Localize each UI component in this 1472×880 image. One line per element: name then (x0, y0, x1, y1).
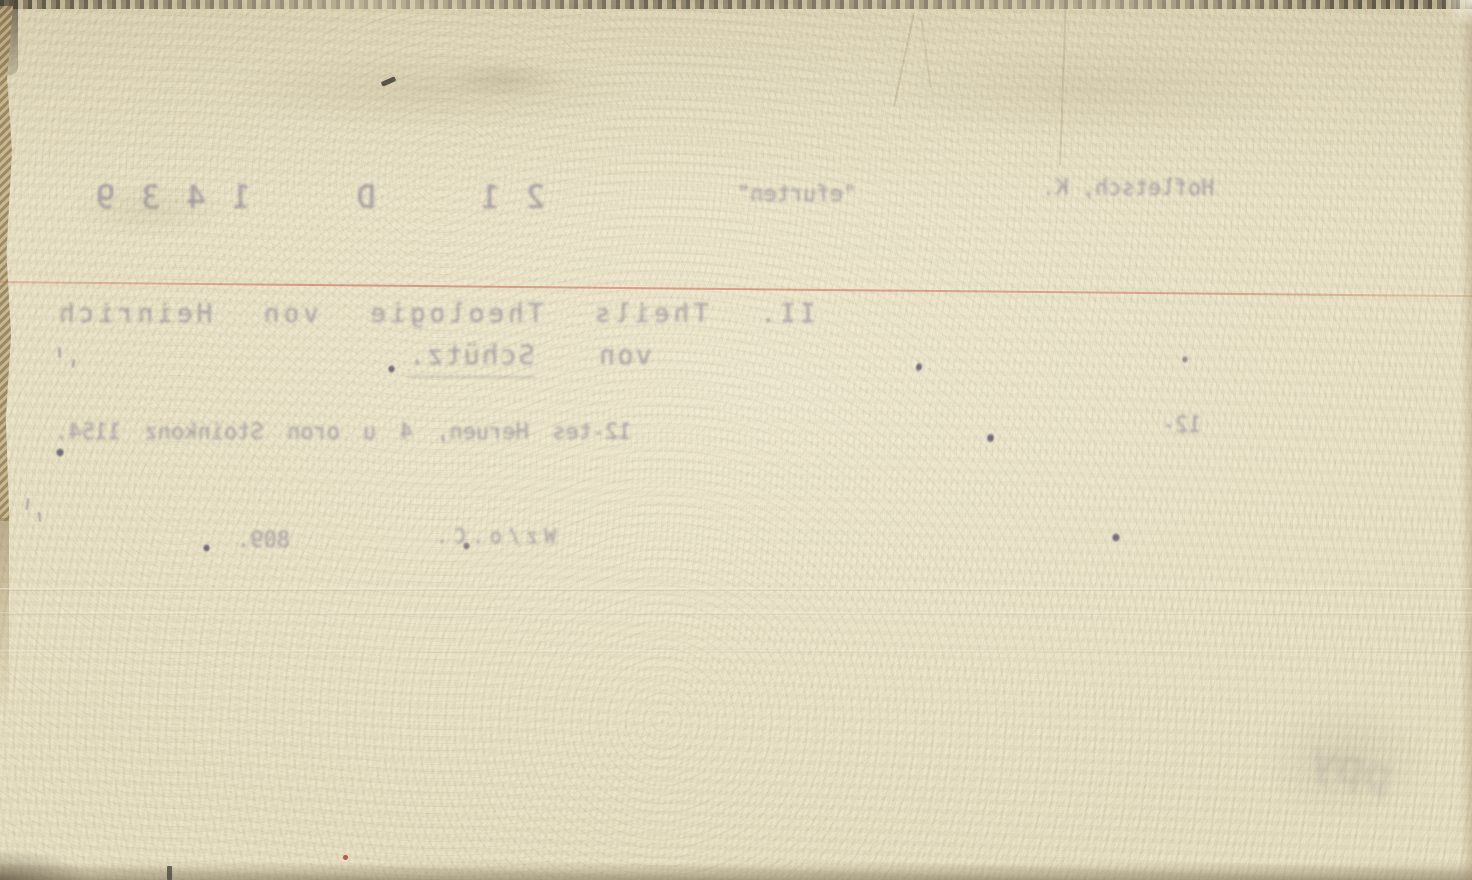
ink-dot (463, 542, 470, 550)
ink-dot (203, 544, 210, 552)
red-ink-speck (343, 855, 348, 860)
cloth-binding-edge-fade (0, 518, 9, 718)
bleed-line-5-left: 809. (237, 528, 290, 553)
red-ruled-line (0, 281, 1472, 297)
top-right-corner-highlight (1436, 0, 1472, 32)
bleed-heading-title: "efurten" (737, 182, 856, 207)
stray-ink-tick (37, 512, 41, 522)
ink-dot (986, 432, 995, 443)
bottom-edge-shadow (0, 862, 1472, 880)
cloth-binding-edge (0, 6, 13, 521)
bleed-line-2: II. Theils Theologie von Heinrich (55, 299, 816, 329)
bleed-line-4: 12-tes Heruen, 4 u oron Stoinkonz 1154. (55, 420, 632, 445)
stray-ink-tick (25, 498, 30, 510)
ink-dot (56, 448, 64, 457)
ink-dot (1112, 533, 1120, 542)
ink-dot (915, 361, 923, 372)
ink-dot (388, 365, 395, 373)
bleed-line-5-right: Wz/o.C. (430, 524, 556, 548)
stray-ink-tick (58, 347, 61, 358)
bleed-line-3-underlined-word: Schütz. (407, 340, 535, 378)
scanner-top-edge (0, 0, 1472, 9)
bleed-heading-name: Hofletsch, K. (1042, 176, 1214, 201)
bottom-edge-ink-tick (167, 866, 172, 880)
right-edge-shadow (1460, 0, 1472, 880)
stray-ink-tick (71, 359, 76, 368)
bleed-line-3: von Schütz. (407, 340, 652, 371)
bleed-line-3-prefix: von (535, 340, 652, 371)
paper-stain-top-right (800, 22, 1380, 157)
horizontal-crease-2 (0, 612, 1472, 615)
bleed-line-4-fragment: 12- (1162, 413, 1202, 438)
horizontal-crease-1 (0, 588, 1472, 591)
paper-stain-small (420, 52, 590, 107)
bleed-shelfmark: 21 D 1439 (70, 178, 545, 216)
catalog-card-scan: 21 D 1439 "efurten" Hofletsch, K. II. Th… (0, 0, 1472, 880)
bottom-left-corner-shadow (0, 838, 120, 880)
horizontal-crease-3 (0, 650, 1472, 653)
ink-dot (1182, 356, 1188, 363)
